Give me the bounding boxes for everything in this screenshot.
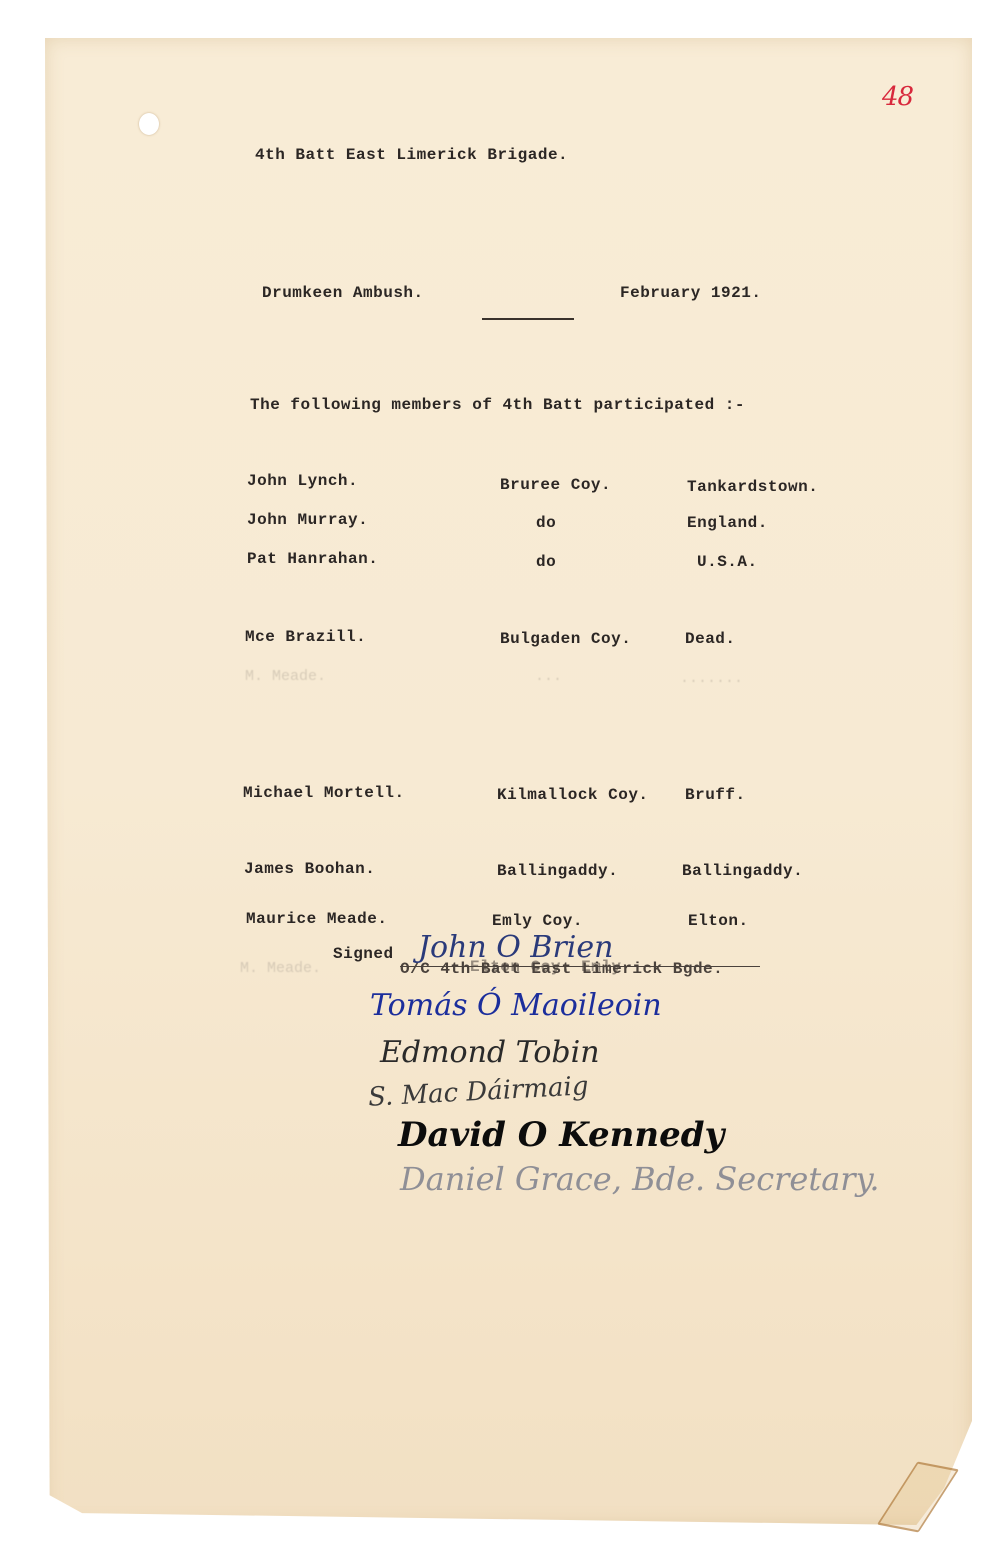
member-location: England. [687,514,768,532]
signature-daniel-grace: Daniel Grace, Bde. Secretary. [400,1160,880,1198]
member-name: Mce Brazill. [245,628,366,646]
event-date: February 1921. [620,284,761,302]
signed-label: Signed [333,945,394,963]
member-location: Ballingaddy. [682,862,803,880]
member-name: John Lynch. [247,472,358,490]
member-name: Maurice Meade. [246,910,387,928]
member-company: Ballingaddy. [497,862,618,880]
member-company: Bulgaden Coy. [500,630,631,648]
strike-line [400,966,760,967]
member-name: James Boohan. [244,860,375,878]
page-number: 48 [882,82,913,112]
member-name: John Murray. [247,511,368,529]
member-company: Kilmallock Coy. [497,786,649,804]
signature-john-obrien: John O Brien [418,930,613,965]
signature-david-okennedy: David O Kennedy [398,1115,724,1155]
document-page [45,38,972,1525]
faded-company: ... [535,668,562,685]
member-location: Bruff. [685,786,746,804]
member-company: do [536,514,556,532]
divider-rule [482,318,574,320]
member-company: Bruree Coy. [500,476,611,494]
member-company: do [536,553,556,571]
faded-location: ....... [680,670,743,687]
signature-tomas-omaoileoin: Tomás Ó Maoileoin [370,988,662,1023]
member-location: Elton. [688,912,749,930]
event-title: Drumkeen Ambush. [262,284,424,302]
member-location: Dead. [685,630,736,648]
signature-edmond-tobin: Edmond Tobin [380,1035,600,1070]
member-location: U.S.A. [697,553,758,571]
member-name: Pat Hanrahan. [247,550,378,568]
member-name: Michael Mortell. [243,784,405,802]
punch-hole [139,113,159,135]
faded-prefix: M. Meade. [240,960,321,977]
intro-text: The following members of 4th Batt partic… [250,396,745,414]
faded-name: M. Meade. [245,668,326,685]
member-company: Emly Coy. [492,912,583,930]
member-location: Tankardstown. [687,478,818,496]
brigade-heading: 4th Batt East Limerick Brigade. [255,146,568,164]
